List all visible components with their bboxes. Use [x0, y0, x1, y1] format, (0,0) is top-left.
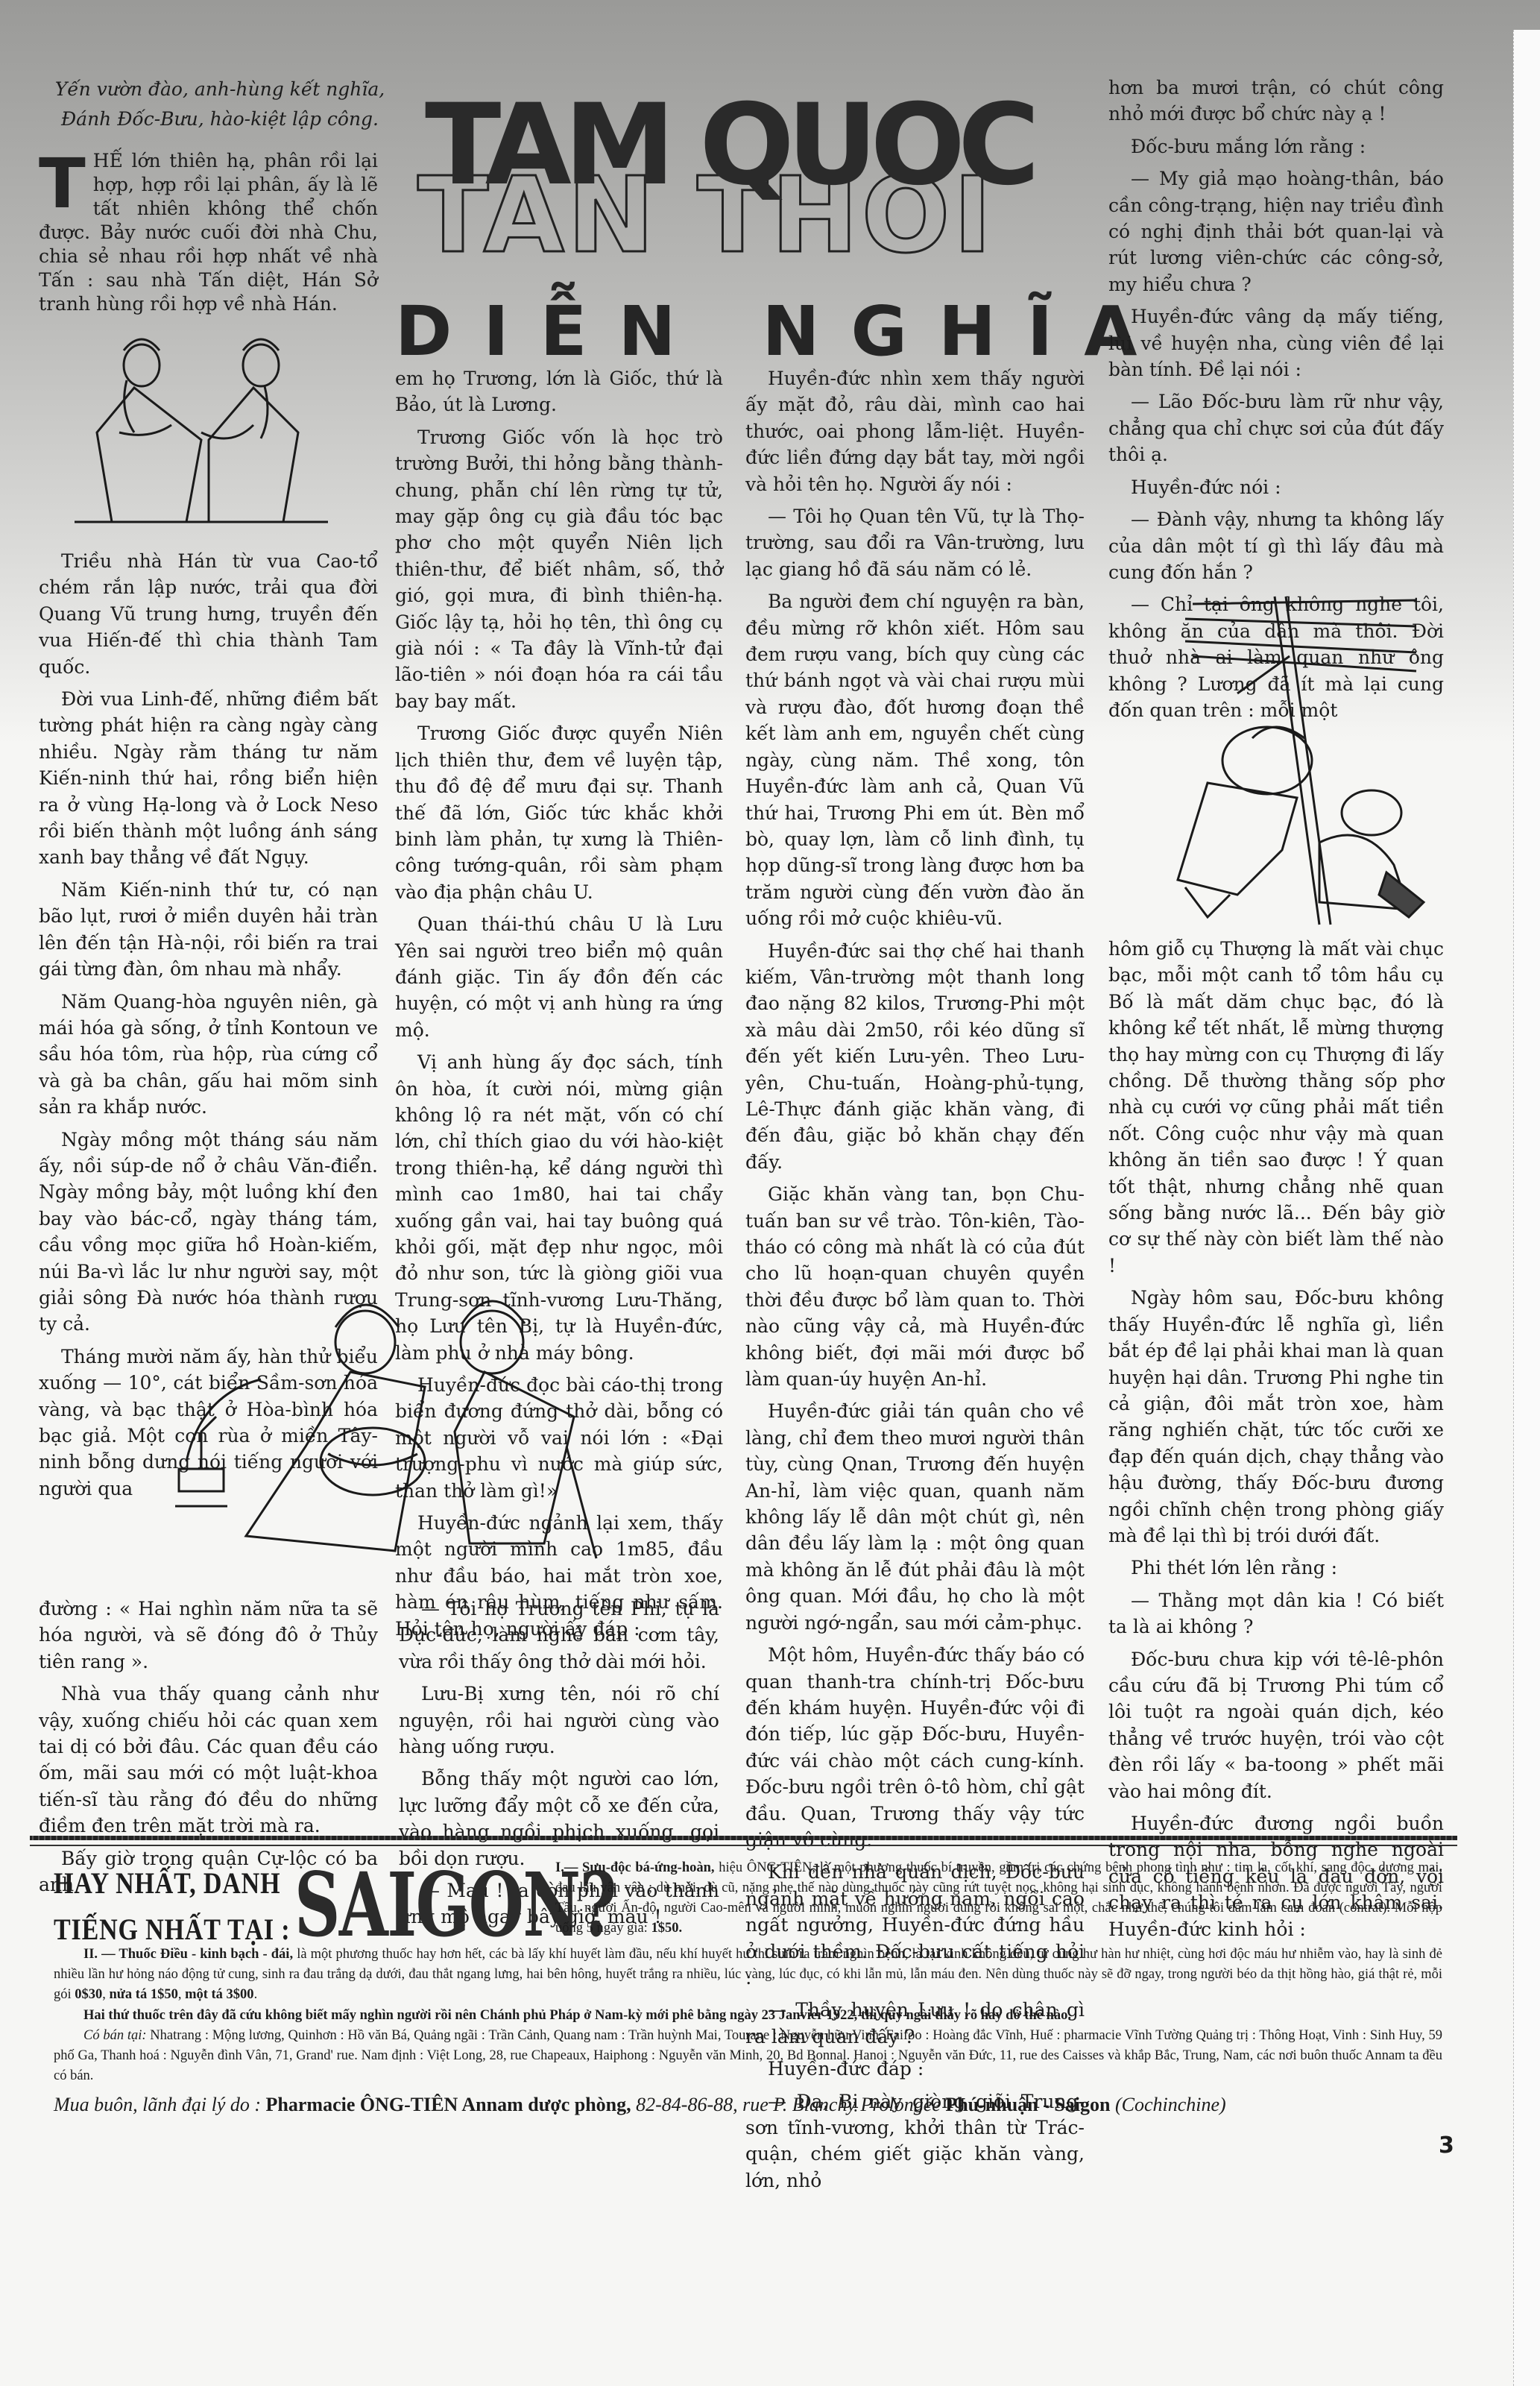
paragraph: — Đành vậy, nhưng ta không lấy của dân m…	[1108, 506, 1444, 585]
paragraph: Nhà vua thấy quang cảnh như vậy, xuống c…	[39, 1681, 378, 1839]
ad-approval: Hai thứ thuốc trên đây đã cứu không biết…	[54, 2006, 1442, 2026]
title-subtitle: DIỄN NGHĨA	[395, 291, 1168, 373]
paragraph: Trương Giốc vốn là học trò trường Bưởi, …	[395, 424, 723, 714]
paragraph: Giặc khăn vàng tan, bọn Chu-tuấn ban sư …	[745, 1181, 1085, 1392]
paragraph: — Tôi họ Trương tên Phi, tự là Dực-đức, …	[399, 1596, 719, 1675]
paragraph: Năm Kiến-ninh thứ tư, có nạn bão lụt, rư…	[39, 877, 378, 983]
paragraph: Triều nhà Hán từ vua Cao-tổ chém rắn lập…	[39, 548, 378, 680]
ad-sellers: Có bán tại: Nhatrang : Mộng lương, Quinh…	[54, 2026, 1442, 2086]
ad-item-1: I.— Sưu-độc bá-ứng-hoàn, hiệu ÔNG TIÊN, …	[555, 1858, 1442, 1939]
ad-price-dozen: một tá 3$00	[185, 1987, 253, 2002]
ad-footer: Mua buôn, lãnh đại lý do : Pharmacie ÔNG…	[54, 2094, 1470, 2116]
paragraph: — Thằng mọt dân kia ! Có biết ta là ai k…	[1108, 1587, 1444, 1640]
ad-price-half-dozen: nửa tá 1$50	[110, 1987, 178, 2002]
paragraph: hơn ba mươi trận, có chút công nhỏ mới đ…	[1108, 75, 1444, 128]
verse-line-2: Đánh Đốc-Bưu, hào-kiệt lập công.	[45, 104, 395, 134]
ad-headline-line-1: HAY NHẤT, DANH	[54, 1860, 320, 1907]
two-scholars-illustration	[52, 321, 350, 544]
paragraph: Đốc-bưu chưa kịp với tê-lê-phôn cầu cứu …	[1108, 1646, 1444, 1804]
paragraph: — Lão Đốc-bưu làm rữ như vậy, chẳng qua …	[1108, 388, 1444, 468]
ad-item-1-price: 1$50.	[651, 1921, 682, 1936]
ad-footer-label: Mua buôn, lãnh đại lý do :	[54, 2094, 261, 2115]
chapter-verse: Yến vườn đào, anh-hùng kết nghĩa, Đánh Đ…	[45, 75, 395, 134]
ad-item-1-label: I.— Sưu-độc bá-ứng-hoàn,	[555, 1860, 715, 1875]
paragraph: Ba người đem chí nguyện ra bàn, đều mừng…	[745, 588, 1085, 931]
page-edge	[1513, 30, 1540, 2386]
page-number: 3	[1439, 2132, 1454, 2159]
ad-footer-address: 82-84-86-88, rue P. Blanchy Prolongée	[636, 2094, 941, 2115]
paragraph: hôm giỗ cụ Thượng là mất vài chục bạc, m…	[1108, 936, 1444, 1279]
ad-item-2-label: II. — Thuốc Điều - kinh bạch - đái,	[83, 1947, 293, 1962]
ad-sellers-text: Nhatrang : Mộng lương, Quinhơn : Hồ văn …	[54, 2028, 1442, 2083]
column-4-bottom: hôm giỗ cụ Thượng là mất vài chục bạc, m…	[1108, 936, 1444, 1948]
paragraph: — My giả mạo hoàng-thân, báo cần công-tr…	[1108, 166, 1444, 298]
paragraph: Quan thái-thú châu U là Lưu Yên sai ngườ…	[395, 911, 723, 1043]
ad-price-single: 0$30	[75, 1987, 102, 2002]
paragraph: Năm Quang-hòa nguyên niên, gà mái hóa gà…	[39, 989, 378, 1121]
ad-headline: HAY NHẤT, DANH TIẾNG NHẤT TẠI :	[54, 1860, 320, 1953]
intro-text: HẾ lớn thiên hạ, phân rồi lại hợp, hợp r…	[39, 150, 378, 315]
paragraph: Huyền-đức giải tán quân cho về làng, chỉ…	[745, 1398, 1085, 1636]
intro-paragraph: T HẾ lớn thiên hạ, phân rồi lại hợp, hợp…	[39, 149, 378, 316]
paragraph: Lưu-Bị xưng tên, nói rõ chí nguyện, rồi …	[399, 1681, 719, 1760]
telegraph-pole-beating-illustration	[1140, 589, 1439, 932]
ad-footer-company: Pharmacie ÔNG-TIÊN Annam dược phòng,	[266, 2094, 631, 2115]
paragraph: em họ Trương, lớn là Giốc, thứ là Bảo, ú…	[395, 365, 723, 418]
verse-line-1: Yến vườn đào, anh-hùng kết nghĩa,	[45, 75, 395, 104]
paragraph: Ngày hôm sau, Đốc-bưu không thấy Huyền-đ…	[1108, 1285, 1444, 1549]
paragraph: Trương Giốc được quyển Niên lịch thiên t…	[395, 720, 723, 905]
ad-separator-rule	[30, 1836, 1457, 1840]
paragraph: Huyền-đức vâng dạ mấy tiếng, lùi về huyệ…	[1108, 303, 1444, 383]
paragraph: Huyền-đức nhìn xem thấy người ấy mặt đỏ,…	[745, 365, 1085, 497]
ad-footer-city: Phú-nhuận - Saigon	[945, 2094, 1110, 2115]
paragraph: đường : « Hai nghìn năm nữa ta sẽ hóa ng…	[39, 1596, 378, 1675]
ad-separator-thin-rule	[30, 1845, 1457, 1846]
paragraph: Đời vua Linh-đế, những điềm bất tường ph…	[39, 686, 378, 871]
title-main-text: TAM QUOC	[425, 89, 1032, 201]
paragraph: Phi thét lớn lên rằng :	[1108, 1555, 1444, 1581]
paragraph: — Tôi họ Quan tên Vũ, tự là Thọ-trường, …	[745, 503, 1085, 582]
drop-cap: T	[39, 155, 86, 213]
ad-item-2: II. — Thuốc Điều - kinh bạch - đái, là m…	[54, 1945, 1442, 2005]
paragraph: Huyền-đức sai thợ chế hai thanh kiếm, Vâ…	[745, 938, 1085, 1176]
telephone-drinkers-illustration	[149, 1282, 686, 1573]
paragraph: Đốc-bưu mắng lớn rằng :	[1108, 133, 1444, 160]
article-title: TAN THOI TAM QUOC DIỄN NGHĨA	[388, 89, 1103, 380]
ad-sellers-label: Có bán tại:	[83, 2028, 147, 2043]
paragraph: Huyền-đức nói :	[1108, 474, 1444, 500]
ad-approval-text: Hai thứ thuốc trên đây đã cứu không biết…	[83, 2008, 1071, 2023]
paragraph: Một hôm, Huyền-đức thấy báo có quan than…	[745, 1642, 1085, 1853]
ad-footer-region: (Cochinchine)	[1115, 2094, 1226, 2115]
